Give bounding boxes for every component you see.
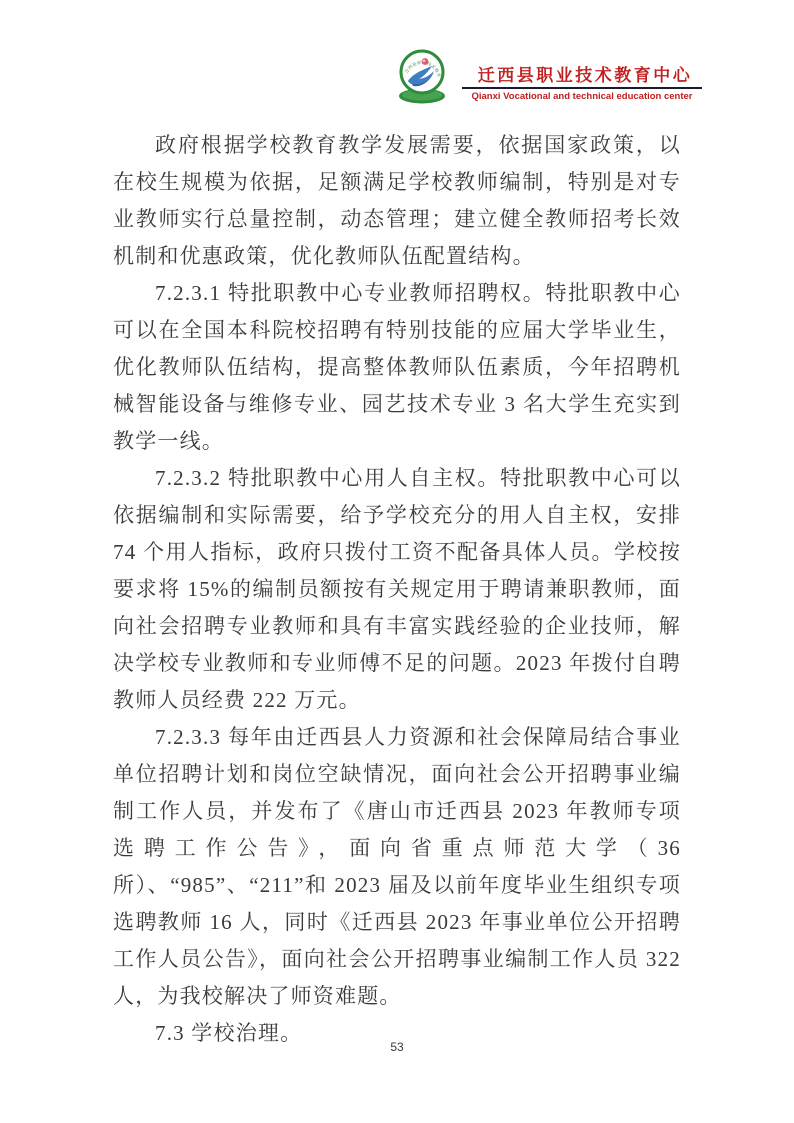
paragraph-7231-recruitment-right: 7.2.3.1 特批职教中心专业教师招聘权。特批职教中心可以在全国本科院校招聘有… [113,275,681,460]
paragraph-7232-employment-autonomy: 7.2.3.2 特批职教中心用人自主权。特批职教中心可以依据编制和实际需要，给予… [113,460,681,719]
header-divider-line [462,87,702,89]
paragraph-7233-public-recruitment: 7.2.3.3 每年由迁西县人力资源和社会保障局结合事业单位招聘计划和岗位空缺情… [113,719,681,1015]
school-logo-icon: 迁西县职业技术教育中心 [398,45,446,105]
header-school-title: 迁西县职业技术教育中心 [470,61,700,86]
page-number: 53 [0,1040,794,1054]
document-page: 迁西县职业技术教育中心 迁西县职业技术教育中心 Qianxi Vocationa… [0,0,794,1123]
document-body: 政府根据学校教育教学发展需要，依据国家政策，以在校生规模为依据，足额满足学校教师… [113,127,681,1052]
logo-flower-icon [422,58,429,65]
paragraph-policy-overview: 政府根据学校教育教学发展需要，依据国家政策，以在校生规模为依据，足额满足学校教师… [113,127,681,275]
header-school-subtitle: Qianxi Vocational and technical educatio… [458,91,706,102]
